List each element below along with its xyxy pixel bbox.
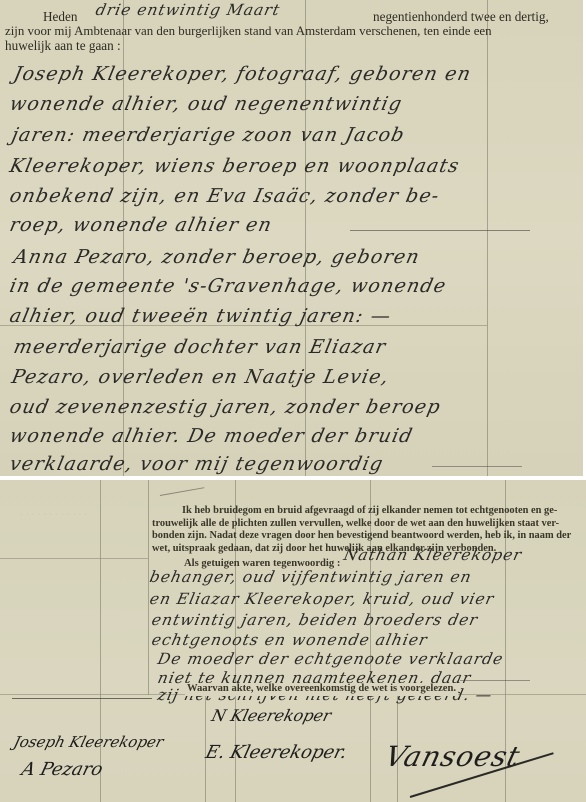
handwritten-line: roep, wonende alhier en: [8, 214, 275, 236]
intro-heden: Heden: [43, 9, 77, 24]
column-rule: [487, 0, 488, 476]
handwritten-line: oud zevenenzestig jaren, zonder beroep: [8, 396, 443, 418]
handwritten-line: Kleerekoper, wiens beroep en woonplaats: [8, 155, 462, 177]
paragraph-line: Ik heb bruidegom en bruid afgevraagd of …: [152, 505, 584, 518]
handwritten-line: Anna Pezaro, zonder beroep, geboren: [12, 246, 423, 268]
closing-line: Waarvan akte, welke overeenkomstig de we…: [185, 683, 458, 696]
record-top-section: Heden drie entwintig Maart negentienhond…: [0, 0, 583, 476]
column-rule: [100, 480, 101, 802]
handwritten-line: meerderjarige dochter van Eliazar: [12, 336, 389, 358]
intro-line3: huwelijk aan te gaan :: [5, 38, 121, 53]
row-rule: [0, 558, 148, 559]
handwritten-line: in de gemeente 's-Gravenhage, wonende: [8, 275, 449, 297]
handwritten-line: wonende alhier. De moeder der bruid: [8, 425, 416, 447]
handwritten-line: jaren: meerderjarige zoon van Jacob: [10, 124, 408, 146]
signature-witness1: N Kleerekoper: [210, 706, 334, 725]
handwritten-line: alhier, oud tweeën twintig jaren: —: [8, 305, 394, 327]
witness-handwritten-line: behanger, oud vijfentwintig jaren en: [148, 568, 474, 586]
signature-line: [12, 698, 152, 699]
record-bottom-section: · · · · · · · · · · · · Ik heb bruidegom…: [0, 480, 586, 802]
pen-stroke: [160, 487, 205, 496]
handwritten-line: Pezaro, overleden en Naatje Levie,: [10, 366, 392, 388]
intro-line2: zijn voor mij Ambtenaar van den burgerli…: [5, 24, 492, 39]
fill-line: [460, 680, 530, 681]
witness-handwritten-line: Nathan Kleerekoper: [342, 546, 524, 564]
handwritten-line: verklaarde, voor mij tegenwoordig: [8, 453, 386, 475]
witness-handwritten-line: De moeder der echtgenoote verklaarde: [156, 650, 505, 668]
fill-line: [432, 466, 522, 467]
witness-handwritten-line: echtgenoots en wonende alhier: [150, 631, 429, 649]
handwritten-line: onbekend zijn, en Eva Isaäc, zonder be-: [8, 185, 442, 207]
witness-handwritten-line: en Eliazar Kleerekoper, kruid, oud vier: [148, 590, 496, 608]
signature-witness2: E. Kleerekoper.: [203, 742, 349, 763]
paragraph-line: trouwelijk alle de plichten zullen vervu…: [152, 518, 584, 531]
fill-line: [350, 230, 530, 231]
paragraph-line: bonden zijn. Nadat deze vragen door hen …: [152, 530, 584, 543]
signature-groom: Joseph Kleerekoper: [12, 733, 166, 751]
handwritten-line: wonende alhier, oud negenentwintig: [8, 93, 405, 115]
witness-handwritten-line: entwintig jaren, beiden broeders der: [150, 611, 480, 629]
column-rule: [148, 480, 149, 695]
intro-date-handwritten: drie entwintig Maart: [94, 1, 282, 19]
handwritten-line: Joseph Kleerekoper, fotograaf, geboren e…: [12, 63, 474, 85]
signature-bride: A Pezaro: [19, 759, 105, 780]
intro-line1-rest: negentienhonderd twee en dertig,: [373, 9, 549, 24]
bleed-through-text: · · · · · · · · · · · ·: [20, 510, 87, 521]
